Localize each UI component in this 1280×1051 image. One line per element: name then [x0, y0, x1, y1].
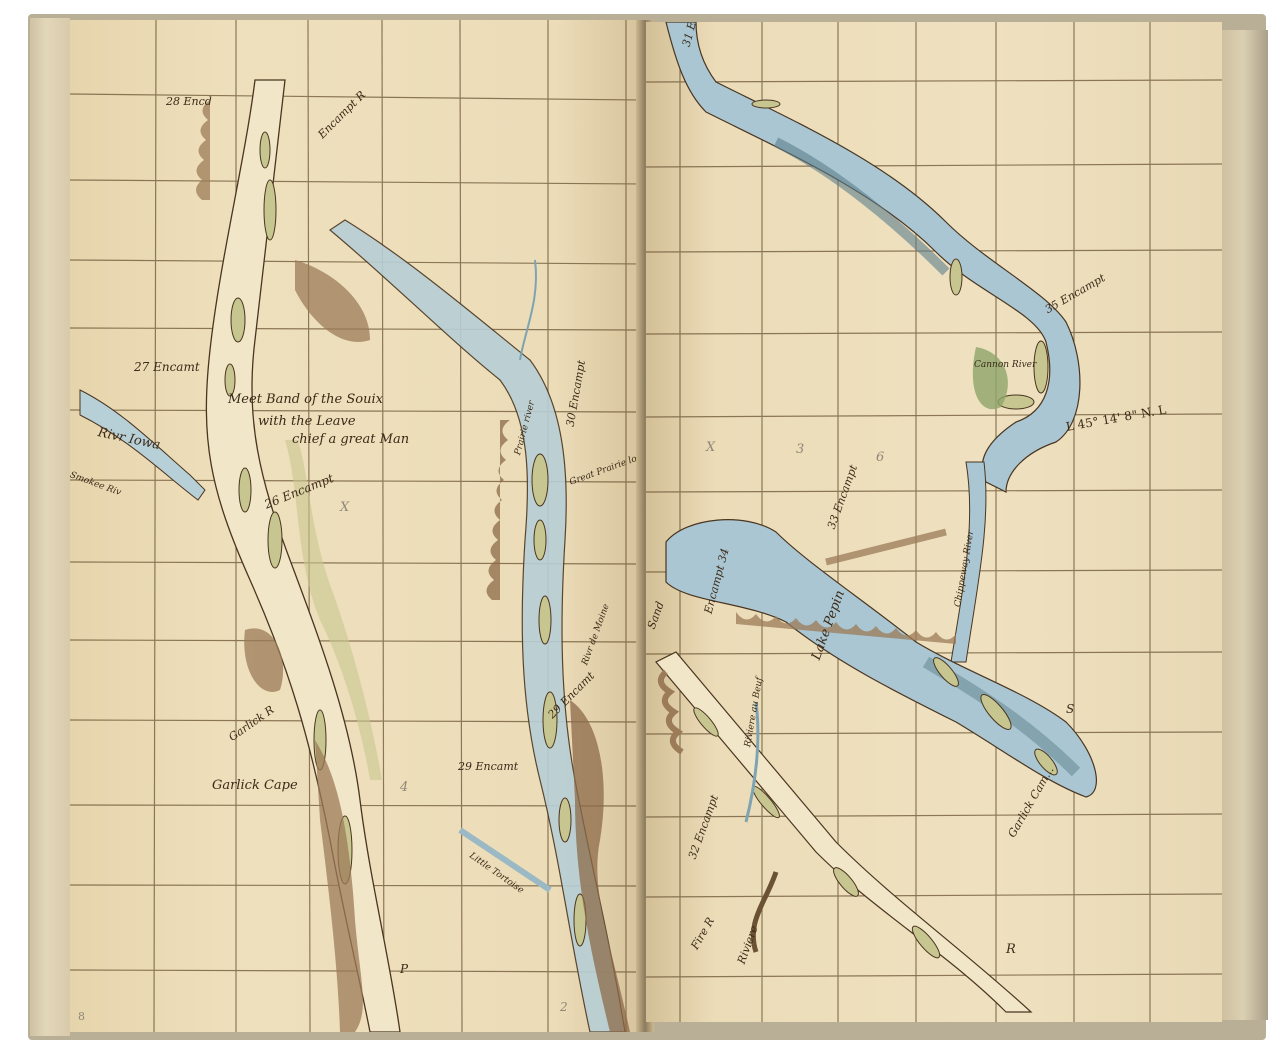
- label-cannon-river: Cannon River: [974, 360, 1036, 370]
- label-letter-r: R: [1006, 942, 1016, 957]
- left-page: 28 Encd 27 Encamt 26 Encampt Encampt R R…: [70, 20, 642, 1032]
- lake-pepin: [666, 520, 1096, 797]
- label-camp-27: 27 Encamt: [134, 360, 200, 374]
- label-camp-28: 28 Encd: [166, 95, 212, 108]
- cannon-river-marsh: [973, 347, 1008, 409]
- right-map-drawing: [646, 22, 1222, 1022]
- note-meeting-line1: Meet Band of the Souix: [228, 392, 383, 407]
- pencil-mark-4: 4: [400, 780, 408, 795]
- left-map-drawing: [70, 20, 642, 1032]
- pencil-mark-2: 2: [560, 1000, 568, 1014]
- page-edges-left: [30, 18, 70, 1036]
- note-meeting-line2: with the Leave: [258, 414, 356, 429]
- pencil-mark-3: 3: [796, 442, 804, 457]
- pencil-mark-x-right: X: [706, 440, 715, 455]
- pencil-mark-x: X: [340, 500, 349, 515]
- fire-river-stream: [753, 872, 776, 952]
- label-camp-29: 29 Encamt: [458, 760, 518, 773]
- label-letter-p: P: [400, 962, 408, 976]
- pencil-mark-6: 6: [876, 450, 884, 465]
- river-upper-right: [666, 22, 1080, 492]
- label-garlick-cape: Garlick Cape: [212, 778, 298, 793]
- page-edges-right: [1218, 30, 1268, 1020]
- tributary-upper: [520, 260, 536, 360]
- page-number: 8: [78, 1010, 85, 1023]
- note-meeting-line3: chief a great Man: [292, 432, 409, 447]
- label-letter-s: S: [1066, 702, 1074, 716]
- right-page: 31 Encampt 35 Encampt Cannon River L 45°…: [646, 22, 1222, 1022]
